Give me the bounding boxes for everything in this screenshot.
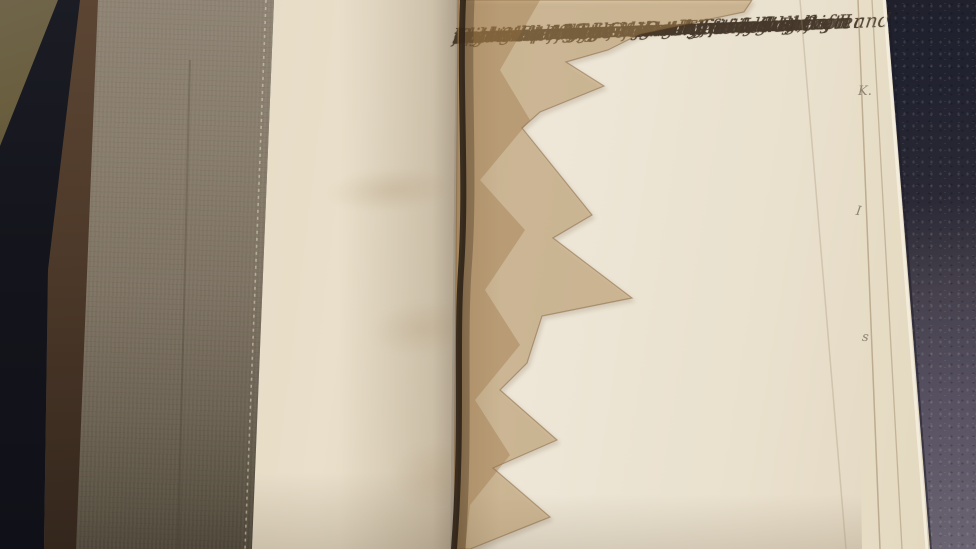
detail-lines-layer: [0, 0, 976, 549]
page-outer-edge-rim: [888, 0, 931, 549]
cover-seam-crease: [178, 60, 190, 549]
cover-stitching: [245, 0, 266, 549]
page-outer-edge-highlight: [884, 0, 927, 549]
right-page-crease: [800, 0, 846, 549]
diary-photograph: Things progressing very steadily from ho…: [0, 0, 976, 549]
